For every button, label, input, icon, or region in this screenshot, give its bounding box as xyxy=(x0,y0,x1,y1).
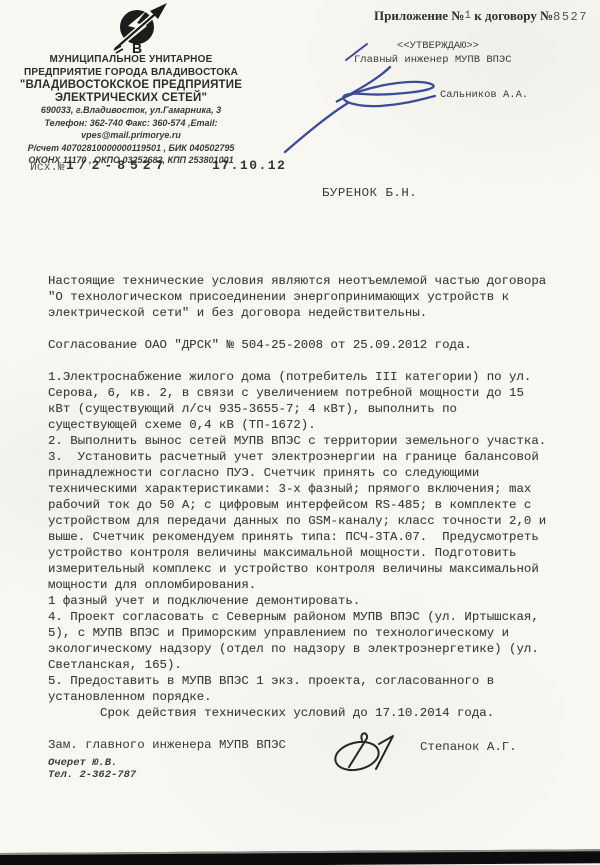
scanned-letter-page: В МУНИЦИПАЛЬНОЕ УНИТАРНОЕ ПРЕДПРИЯТИЕ ГО… xyxy=(0,0,600,865)
annex-line: Приложение №1 к договору №8527 xyxy=(374,8,588,24)
letterhead-block: МУНИЦИПАЛЬНОЕ УНИТАРНОЕ ПРЕДПРИЯТИЕ ГОРО… xyxy=(2,54,260,167)
footer-signer-name: Степанок А.Г. xyxy=(420,740,517,754)
salnikov-signature xyxy=(268,35,450,157)
scan-edge-bar xyxy=(0,849,600,865)
annex-number: 1 xyxy=(464,10,471,22)
org-account: Р/счет 40702810000000119501 , БИК 040502… xyxy=(2,142,260,155)
outgoing-number: 1/2-8527 xyxy=(66,158,168,173)
footer-phone: Тел. 2-362-787 xyxy=(48,769,136,781)
logo-letter: В xyxy=(132,40,142,54)
outgoing-label: Исх.№ xyxy=(30,161,65,174)
approval-signer-name: Сальников А.А. xyxy=(440,89,528,101)
org-type-line1: МУНИЦИПАЛЬНОЕ УНИТАРНОЕ xyxy=(2,54,260,67)
org-name-line1: "ВЛАДИВОСТОКСКОЕ ПРЕДПРИЯТИЕ xyxy=(2,79,260,92)
electric-networks-logo-icon: В xyxy=(106,2,170,54)
annex-prefix: Приложение № xyxy=(374,8,464,23)
stepanok-signature xyxy=(326,729,446,791)
org-address: 690033, г.Владивосток, ул.Гамарника, 3 xyxy=(2,104,260,117)
org-contacts: Телефон: 362-740 Факс: 360-574 ,Email: v… xyxy=(2,117,260,142)
annex-contract-number: 8527 xyxy=(553,10,588,24)
org-type-line2: ПРЕДПРИЯТИЕ ГОРОДА ВЛАДИВОСТОКА xyxy=(2,67,260,80)
org-name-line2: ЭЛЕКТРИЧЕСКИХ СЕТЕЙ" xyxy=(2,92,260,105)
outgoing-date: 17.10.12 xyxy=(212,158,286,173)
footer-position: Зам. главного инженера МУПВ ВПЭС xyxy=(48,738,286,752)
annex-middle: к договору № xyxy=(471,8,553,23)
footer-executor: Очерет Ю.В. xyxy=(48,757,117,769)
body-text: Настоящие технические условия являются н… xyxy=(48,273,578,721)
addressee-name: БУРЕНОК Б.Н. xyxy=(322,186,417,200)
